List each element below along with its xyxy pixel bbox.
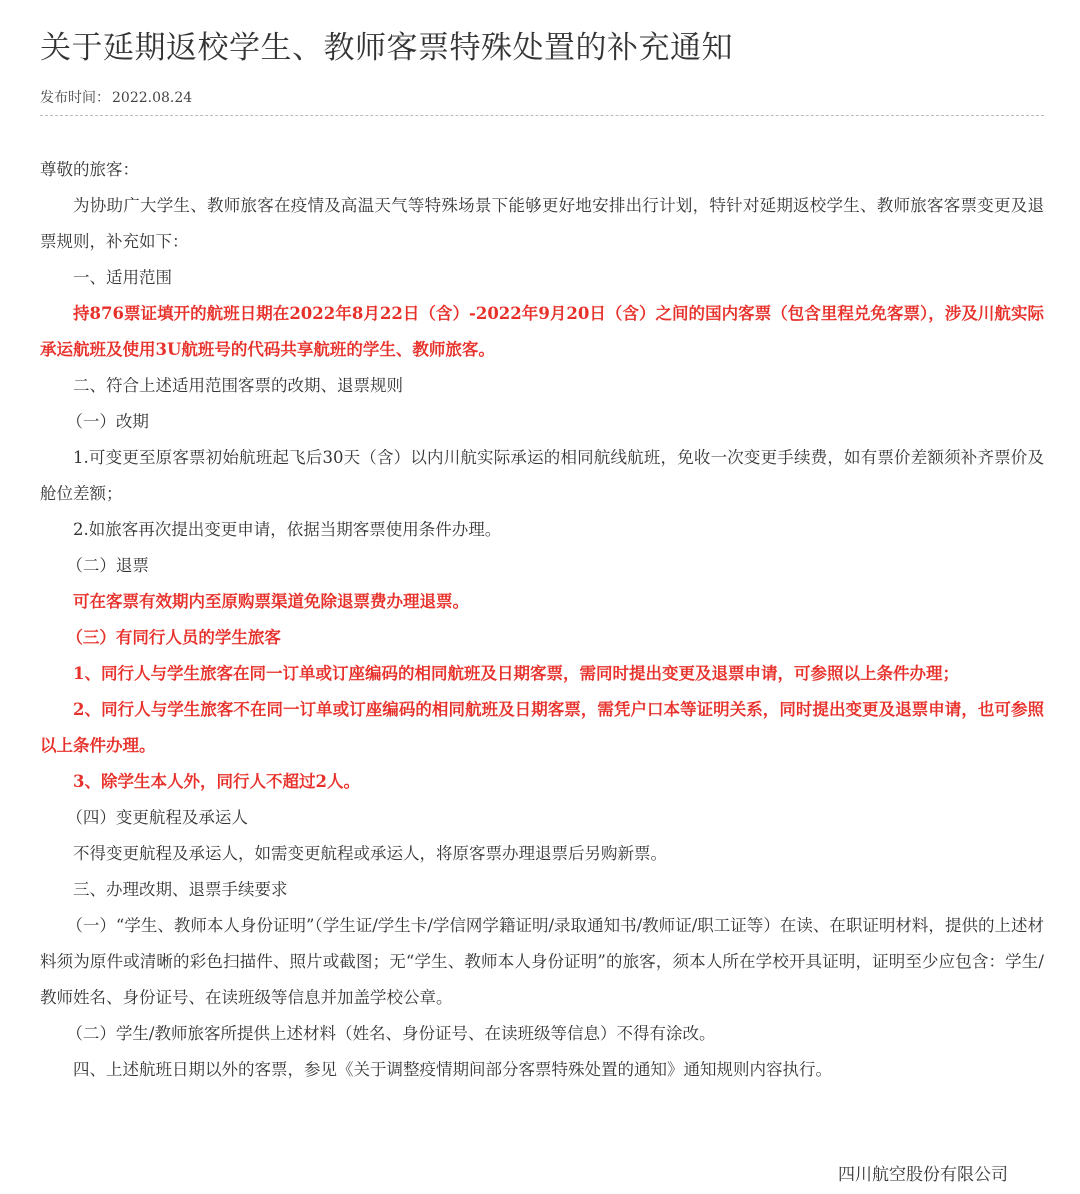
sub4-heading: （四）变更航程及承运人 (40, 800, 1044, 836)
publish-meta: 发布时间：2022.08.24 (40, 88, 192, 108)
sub2-heading: （二）退票 (40, 548, 1044, 584)
sub3-item-1: 1、同行人与学生旅客在同一订单或订座编码的相同航班及日期客票，需同时提出变更及退… (40, 656, 1044, 692)
notice-body: 尊敬的旅客： 为协助广大学生、教师旅客在疫情及高温天气等特殊场景下能够更好地安排… (40, 152, 1044, 1088)
company-signature: 四川航空股份有限公司 (838, 1160, 1008, 1190)
dashed-divider (40, 115, 1044, 116)
section4-text: 四、上述航班日期以外的客票，参见《关于调整疫情期间部分客票特殊处置的通知》通知规… (40, 1052, 1044, 1088)
sub3-item-3: 3、除学生本人外，同行人不超过2人。 (40, 764, 1044, 800)
publish-label: 发布时间： (40, 90, 110, 106)
section3-heading: 三、办理改期、退票手续要求 (40, 872, 1044, 908)
page-title: 关于延期返校学生、教师客票特殊处置的补充通知 (40, 28, 733, 68)
sub1-heading: （一）改期 (40, 404, 1044, 440)
section1-text: 持876票证填开的航班日期在2022年8月22日（含）-2022年9月20日（含… (40, 296, 1044, 368)
sub1-item-2: 2.如旅客再次提出变更申请，依据当期客票使用条件办理。 (40, 512, 1044, 548)
section3-item-1: （一）“学生、教师本人身份证明”（学生证/学生卡/学信网学籍证明/录取通知书/教… (40, 908, 1044, 1016)
section2-heading: 二、符合上述适用范围客票的改期、退票规则 (40, 368, 1044, 404)
publish-date: 2022.08.24 (112, 90, 192, 106)
sub1-item-1: 1.可变更至原客票初始航班起飞后30天（含）以内川航实际承运的相同航线航班，免收… (40, 440, 1044, 512)
greeting: 尊敬的旅客： (40, 152, 1044, 188)
sub2-text: 可在客票有效期内至原购票渠道免除退票费办理退票。 (40, 584, 1044, 620)
sub4-text: 不得变更航程及承运人，如需变更航程或承运人，将原客票办理退票后另购新票。 (40, 836, 1044, 872)
section1-heading: 一、适用范围 (40, 260, 1044, 296)
sub3-item-2: 2、同行人与学生旅客不在同一订单或订座编码的相同航班及日期客票，需凭户口本等证明… (40, 692, 1044, 764)
sub3-heading: （三）有同行人员的学生旅客 (40, 620, 1044, 656)
section3-item-2: （二）学生/教师旅客所提供上述材料（姓名、身份证号、在读班级等信息）不得有涂改。 (40, 1016, 1044, 1052)
intro-paragraph: 为协助广大学生、教师旅客在疫情及高温天气等特殊场景下能够更好地安排出行计划，特针… (40, 188, 1044, 260)
